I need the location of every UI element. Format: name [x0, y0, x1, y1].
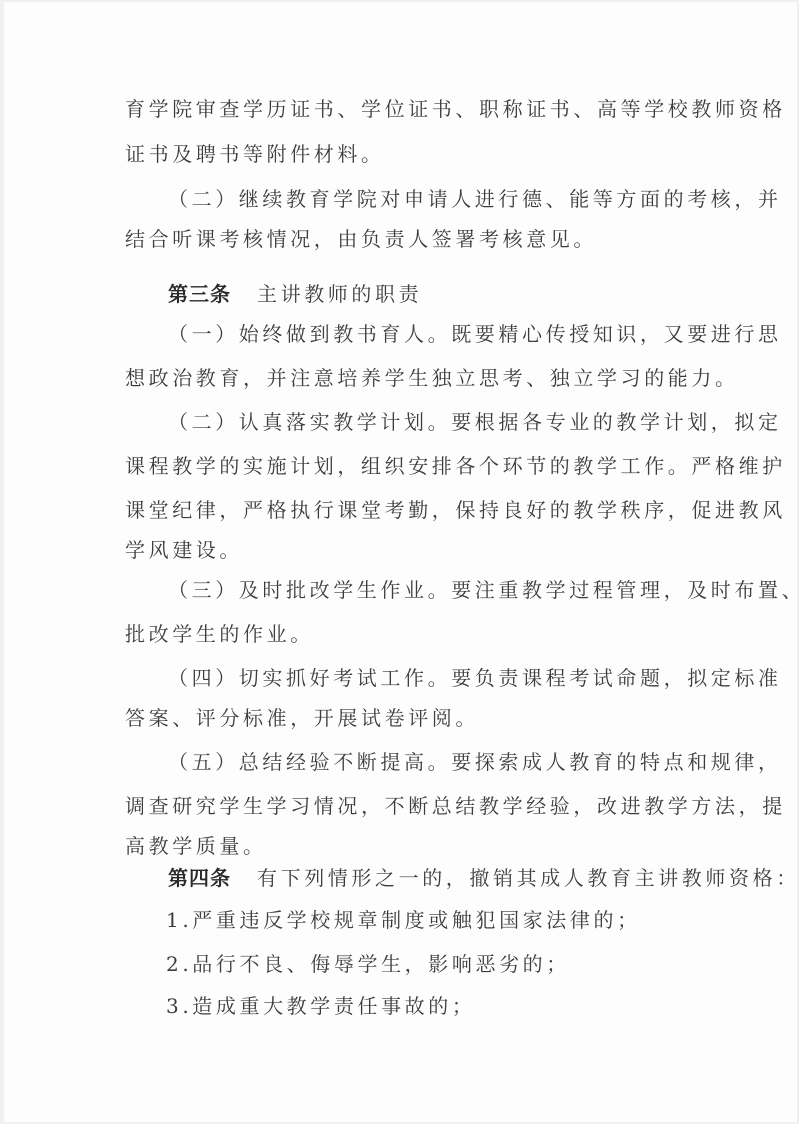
- paragraph-line: 育学院审查学历证书、学位证书、职称证书、高等学校教师资格: [125, 97, 786, 121]
- paragraph-line: 结合听课考核情况，由负责人签署考核意见。: [125, 227, 597, 251]
- paragraph-line: 高教学质量。: [125, 834, 267, 858]
- list-item: 1.严重违反学校规章制度或触犯国家法律的；: [166, 908, 641, 932]
- paragraph-line: （五）总结经验不断提高。要探索成人教育的特点和规律，: [168, 750, 782, 774]
- paragraph-line: （一）始终做到教书育人。既要精心传授知识，又要进行思: [168, 322, 782, 346]
- list-item: 3.造成重大教学责任事故的；: [166, 994, 475, 1018]
- article-4-heading: 第四条有下列情形之一的，撤销其成人教育主讲教师资格：: [168, 866, 799, 890]
- paragraph-line: （三）及时批改学生作业。要注重教学过程管理，及时布置、: [168, 578, 799, 602]
- document-page: 育学院审查学历证书、学位证书、职称证书、高等学校教师资格 证书及聘书等附件材料。…: [4, 2, 797, 1122]
- paragraph-line: 批改学生的作业。: [125, 622, 314, 646]
- paragraph-line: 课堂纪律，严格执行课堂考勤，保持良好的教学秩序，促进教风: [125, 498, 786, 522]
- paragraph-line: 调查研究学生学习情况，不断总结教学经验，改进教学方法，提: [125, 794, 786, 818]
- article-3-heading: 第三条主讲教师的职责: [168, 282, 422, 306]
- paragraph-line: （四）切实抓好考试工作。要负责课程考试命题，拟定标准: [168, 666, 782, 690]
- article-4-text: 有下列情形之一的，撤销其成人教育主讲教师资格：: [257, 866, 799, 890]
- article-3-label: 第三条: [168, 282, 231, 306]
- paragraph-line: 学风建设。: [125, 538, 243, 562]
- article-4-label: 第四条: [168, 866, 231, 890]
- paragraph-line: （二）认真落实教学计划。要根据各专业的教学计划，拟定: [168, 410, 782, 434]
- paragraph-line: 课程教学的实施计划，组织安排各个环节的教学工作。严格维护: [125, 454, 786, 478]
- article-3-title: 主讲教师的职责: [257, 282, 422, 306]
- paragraph-line: 想政治教育，并注意培养学生独立思考、独立学习的能力。: [125, 366, 739, 390]
- paragraph-line: 证书及聘书等附件材料。: [125, 142, 385, 166]
- paragraph-line: 答案、评分标准，开展试卷评阅。: [125, 706, 479, 730]
- paragraph-line: （二）继续教育学院对申请人进行德、能等方面的考核，并: [168, 187, 782, 211]
- list-item: 2.品行不良、侮辱学生，影响恶劣的；: [166, 952, 570, 976]
